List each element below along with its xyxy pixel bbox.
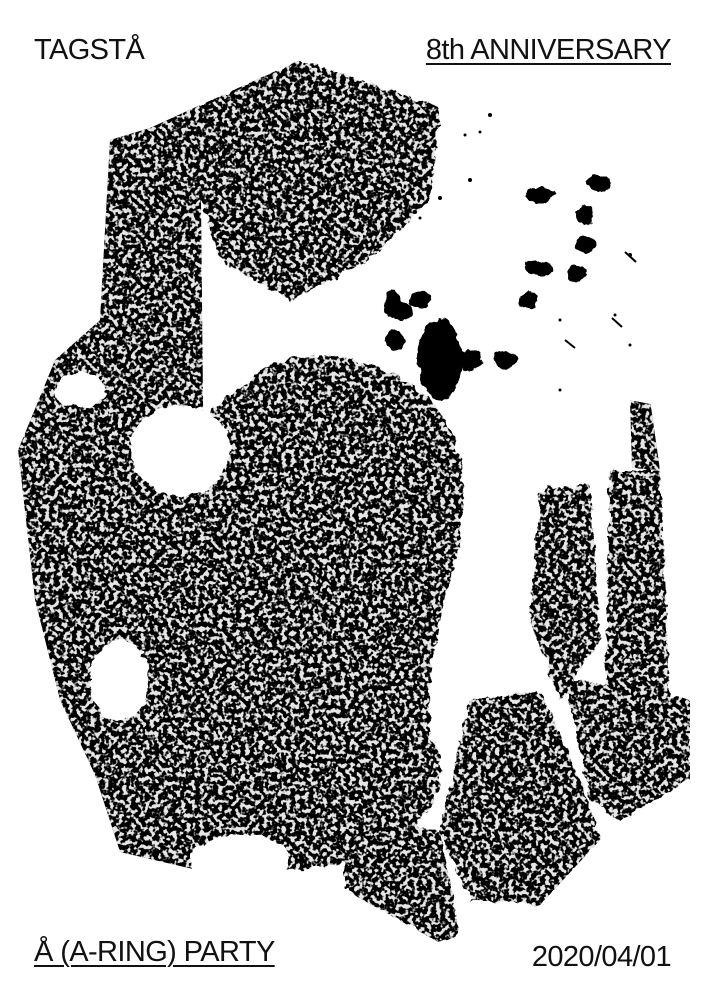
event-date: 2020/04/01 — [532, 943, 671, 972]
venue-name: TAGSTÅ — [34, 36, 144, 65]
abstract-artwork — [0, 0, 705, 1000]
poster: TAGSTÅ 8th ANNIVERSARY Å (A-RING) PARTY … — [0, 0, 705, 1000]
event-title: 8th ANNIVERSARY — [426, 36, 671, 65]
party-name: Å (A-RING) PARTY — [34, 938, 275, 967]
